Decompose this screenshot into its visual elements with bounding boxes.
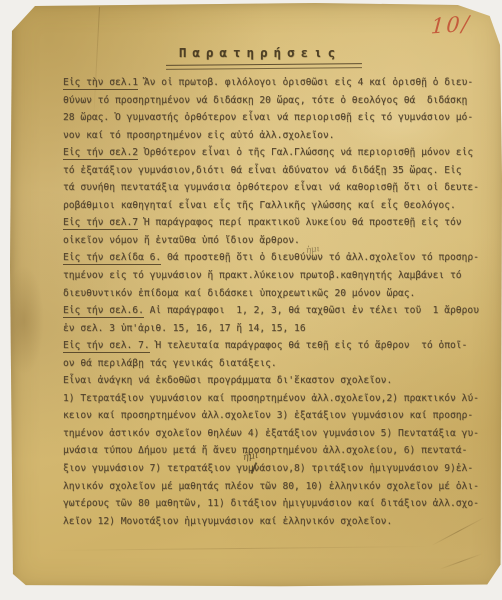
text-line: 28 ὥρας. Ὁ γυμναστής ὀρθότερον εἶναι νά …: [63, 109, 493, 127]
paper-crease: [50, 546, 430, 551]
handwritten-insertion-himi-1: ἡμι: [305, 244, 320, 256]
page-reference-underlined: Εἰς τήν σελίδα 6.: [63, 252, 161, 265]
text-line: νον καί τό προσηρτημένον εἰς αὐτό ἀλλ.σχ…: [63, 127, 493, 145]
text-line: κειον καί προσηρτημένον ἀλλ.σχολεῖον 3) …: [63, 407, 493, 425]
text-line: Εἰς τήν σελίδα 6. Θά προστεθῇ ὅτι ὁ διευ…: [63, 249, 493, 267]
text-line: Εἶναι ἀνάγκη νά ἐκδοθῶσι προγράμματα δι'…: [63, 372, 493, 390]
page-reference-underlined: Εἰς τὴν σελ.1: [63, 77, 138, 90]
title-underline: [166, 63, 362, 70]
handwritten-insertion-himi-2: ἡμι: [242, 450, 259, 463]
text-line: ξιον γυμνάσιον 7) τετρατάξιον γυμνάσιον,…: [63, 460, 493, 478]
text-line: τά συνήθη πεντατάξια γυμνάσια ὀρθότερον …: [63, 179, 493, 197]
page-reference-underlined: Εἰς τήν σελ.7: [63, 217, 138, 230]
text-line: 1) Τετρατάξιον γυμνάσιον καί προσηρτημέν…: [63, 390, 493, 408]
handwritten-page-number: 10/: [430, 12, 471, 39]
text-line: τημένον ἀστικόν σχολεῖον θηλέων 4) ἑξατά…: [63, 425, 493, 443]
text-line: λεῖον 12) Μονοτάξιον ἡμιγυμνάσιον καί ἑλ…: [63, 513, 493, 531]
text-line: θύνων τό προσηρτημένον νά διδάσκῃ 20 ὥρα…: [63, 92, 493, 110]
text-line: τημένον εἰς τό γυμνάσιον ἤ πρακτ.λύκειον…: [63, 267, 493, 285]
text-line: διευθυντικόν ἐπίδομα καί διδάσκει ὑποχρε…: [63, 285, 493, 303]
text-line: οἰκεῖον νόμον ἤ ἐνταῦθα ὑπό ἴδιον ἄρθρον…: [63, 232, 493, 250]
text-line: γωτέρους τῶν 80 μαθητῶν, 11) διτάξιον ἡμ…: [63, 495, 493, 513]
paper-crease: [439, 553, 483, 570]
text-block: Εἰς τὴν σελ.1 Ἄν οἱ πρωτοβ. φιλόλογοι ὁρ…: [63, 74, 493, 530]
text-line: τό ἑξατάξιον γυμνάσιον,διότι θά εἶναι ἀδ…: [63, 162, 493, 180]
text-line: Εἰς τὴν σελ.1 Ἄν οἱ πρωτοβ. φιλόλογοι ὁρ…: [63, 74, 493, 92]
text-line: Εἰς τήν σελ.7 Ἡ παράγραφος περί πρακτικο…: [63, 214, 493, 232]
text-line: ληνικόν σχολεῖον μέ μαθητάς πλέον τῶν 80…: [63, 478, 493, 496]
text-line: ον θά περιλάβῃ τάς γενικάς διατάξεις.: [63, 355, 493, 373]
text-line: Εἰς τήν σελ.6. Αἱ παράγραφοι 1, 2, 3, θά…: [63, 302, 493, 320]
page-reference-underlined: Εἰς τήν σελ.6.: [63, 305, 144, 318]
scanned-page-photo: 10/ Παρατηρήσεις Εἰς τὴν σελ.1 Ἄν οἱ πρω…: [0, 0, 502, 600]
paper-sheet: 10/ Παρατηρήσεις Εἰς τὴν σελ.1 Ἄν οἱ πρω…: [10, 3, 502, 588]
text-line: μνάσια τύπου Δήμου μετά ἤ ἄνευ προσηρτημ…: [63, 442, 493, 460]
text-line: ἐν σελ. 3 ὑπ'ἀριθ. 15, 16, 17 ἤ 14, 15, …: [63, 320, 493, 338]
text-line: Εἰς τήν σελ.2 Ὀρθότερον εἶναι ὁ τῆς Γαλ.…: [63, 144, 493, 162]
document-title: Παρατηρήσεις: [158, 45, 362, 60]
text-line: Εἰς τήν σελ. 7. Ἡ τελευταία παράγραφος θ…: [63, 337, 493, 355]
paper-stain: [4, 265, 44, 375]
text-line: ροβάθμιοι καθηγηταί εἶναι εἷς τῆς Γαλλικ…: [63, 197, 493, 215]
page-reference-underlined: Εἰς τήν σελ.2: [63, 147, 138, 160]
page-reference-underlined: Εἰς τήν σελ. 7.: [63, 340, 150, 353]
